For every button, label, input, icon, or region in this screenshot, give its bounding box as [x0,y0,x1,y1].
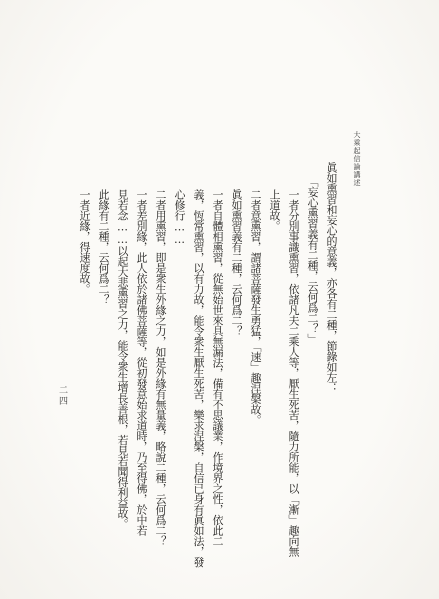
running-title: 大乘起信論講述 [352,131,362,187]
text-column-10: 二者用熏習，即是衆生外緣之力，如是外緣有無量義，略說二種，云何爲二？ [151,162,170,478]
text-column-7: 一者自體相熏習，從無始世來具無漏法，備有不思議業，作境界之性，依此二 [208,162,227,478]
text-column-5: 二者意熏習，謂諸菩薩發生勇猛，「速」趣涅槃故。 [246,162,265,478]
page-number: 二四 [56,385,69,407]
text-column-9: 心修行…… [170,162,189,478]
text-column-6: 眞如熏習義有二種，云何爲二？ [227,162,246,478]
text-column-4: 上道故。 [265,162,284,478]
text-column-12: 見若念……以起大悲熏習之力，能令衆生增長善根，若見若聞得利益故。 [113,162,132,478]
text-column-11: 一者差別緣，此人依於諸佛菩薩等，從初發意始求道時，乃至得佛，於中若 [132,162,151,478]
text-columns: 眞如熏習和妄心的意義，亦各有二種，節錄如左：「妄心熏習義有二種，云何爲二？」一者… [75,162,341,478]
text-column-13: 此緣有二種，云何爲二？ [94,162,113,478]
text-column-2: 「妄心熏習義有二種，云何爲二？」 [303,162,322,478]
text-column-3: 一者分別事識熏習，依諸凡夫二乘人等，厭生死苦，隨力所能，以「漸」趣向無 [284,162,303,478]
text-column-8: 義，恆常熏習，以有力故，能令衆生厭生死苦，樂求涅槃，自信已身有眞如法，發 [189,162,208,478]
text-column-1: 眞如熏習和妄心的意義，亦各有二種，節錄如左： [322,162,341,478]
scanned-book-page: 大乘起信論講述 眞如熏習和妄心的意義，亦各有二種，節錄如左：「妄心熏習義有二種，… [0,0,439,599]
text-column-14: 一者近緣，得速度故。 [75,162,94,478]
